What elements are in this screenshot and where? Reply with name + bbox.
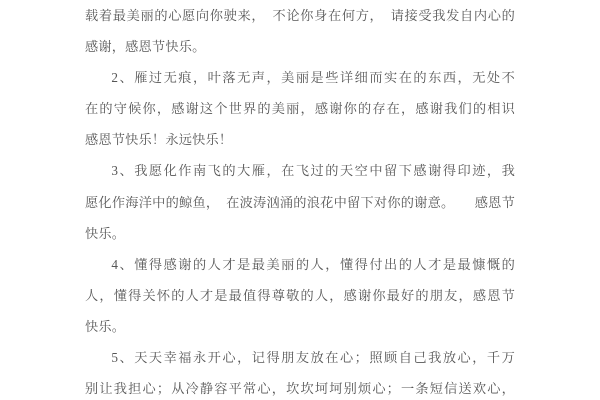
text-line: 在的守候你，感谢这个世界的美丽，感谢你的存在，感谢我们的相识 xyxy=(85,93,515,124)
text-line: 5、天天幸福永开心，记得朋友放在心；照顾自己我放心，千万 xyxy=(85,342,515,373)
text-line: 感恩节快乐！永远快乐！ xyxy=(85,124,515,155)
text-line: 感谢，感恩节快乐。 xyxy=(85,31,515,62)
text-line: 别让我担心；从冷静容平常心，坎坎坷坷别烦心；一条短信送欢心， xyxy=(85,373,515,400)
text-line: 人，懂得关怀的人才是最值得尊敬的人，感谢你最好的朋友，感恩节 xyxy=(85,280,515,311)
text-line: 快乐。 xyxy=(85,218,515,249)
text-line: 4、懂得感谢的人才是最美丽的人，懂得付出的人才是最慷慨的 xyxy=(85,249,515,280)
text-line: 载着最美丽的心愿向你驶来， 不论你身在何方， 请接受我发自内心的 xyxy=(85,0,515,31)
text-line: 快乐。 xyxy=(85,311,515,342)
text-line: 愿化作海洋中的鲸鱼， 在波涛汹涌的浪花中留下对你的谢意。 感恩节 xyxy=(85,187,515,218)
text-line: 2、雁过无痕，叶落无声，美丽是些详细而实在的东西，无处不 xyxy=(85,62,515,93)
text-line: 3、我愿化作南飞的大雁，在飞过的天空中留下感谢得印迹，我 xyxy=(85,155,515,186)
document-page: 载着最美丽的心愿向你驶来， 不论你身在何方， 请接受我发自内心的 感谢，感恩节快… xyxy=(85,0,515,400)
